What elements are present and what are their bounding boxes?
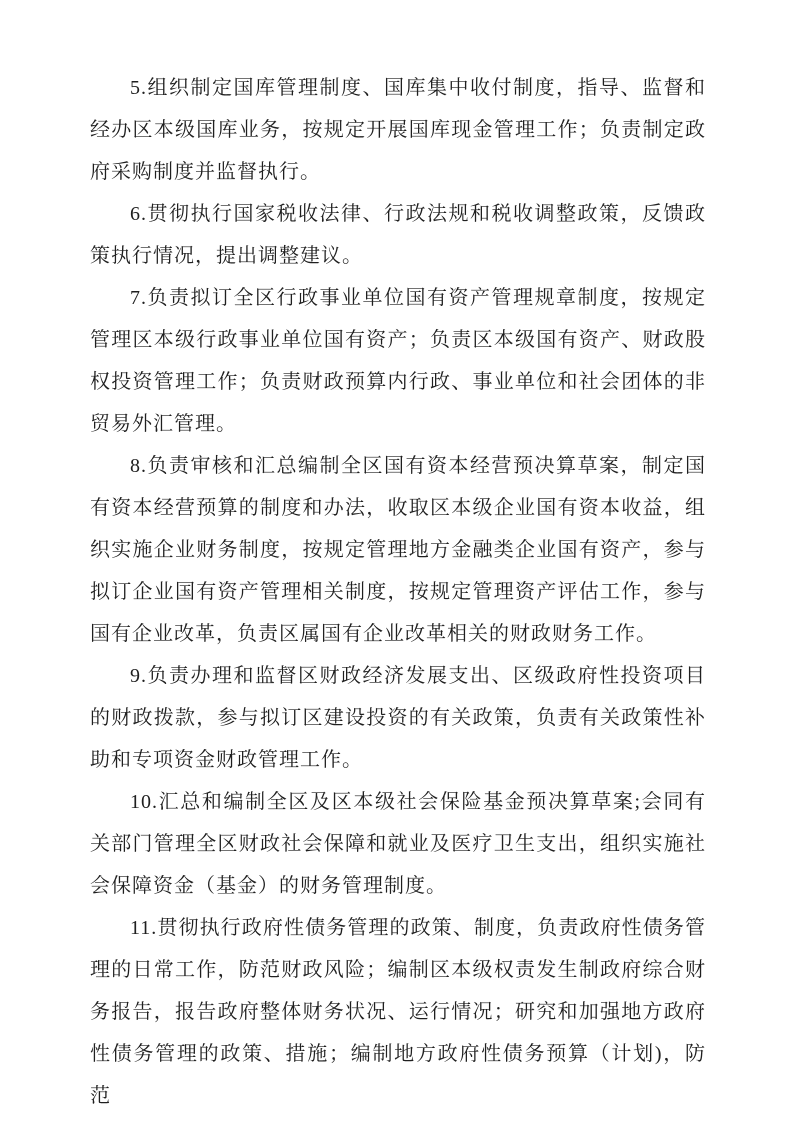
document-text-block: 5.组织制定国库管理制度、国库集中收付制度，指导、监督和经办区本级国库业务，按规…	[90, 67, 706, 1117]
paragraph-item-8: 8.负责审核和汇总编制全区国有资本经营预决算草案，制定国有资本经营预算的制度和办…	[90, 445, 706, 655]
paragraph-item-7: 7.负责拟订全区行政事业单位国有资产管理规章制度，按规定管理区本级行政事业单位国…	[90, 277, 706, 445]
paragraph-item-5: 5.组织制定国库管理制度、国库集中收付制度，指导、监督和经办区本级国库业务，按规…	[90, 67, 706, 193]
document-page: 5.组织制定国库管理制度、国库集中收付制度，指导、监督和经办区本级国库业务，按规…	[0, 0, 793, 1122]
paragraph-item-6: 6.贯彻执行国家税收法律、行政法规和税收调整政策，反馈政策执行情况，提出调整建议…	[90, 193, 706, 277]
paragraph-item-11: 11.贯彻执行政府性债务管理的政策、制度，负责政府性债务管理的日常工作，防范财政…	[90, 907, 706, 1117]
paragraph-item-9: 9.负责办理和监督区财政经济发展支出、区级政府性投资项目的财政拨款，参与拟订区建…	[90, 655, 706, 781]
paragraph-item-10: 10.汇总和编制全区及区本级社会保险基金预决算草案;会同有关部门管理全区财政社会…	[90, 781, 706, 907]
